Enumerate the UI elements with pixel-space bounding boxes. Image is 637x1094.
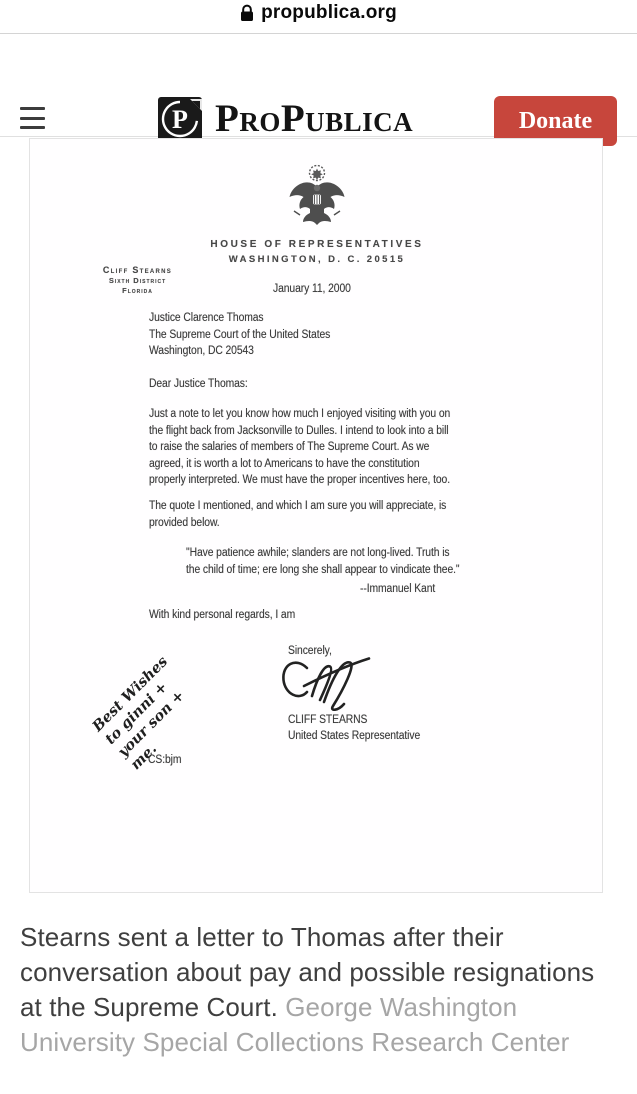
letter-image: HOUSE OF REPRESENTATIVES WASHINGTON, D. … (29, 138, 603, 893)
site-header: P ProPublica Donate (0, 34, 637, 137)
page: propublica.org P ProPublica Donate (0, 0, 637, 1094)
propublica-wordmark: ProPublica (215, 97, 413, 141)
body-paragraph-2: The quote I mentioned, and which I am su… (149, 498, 446, 531)
image-caption: Stearns sent a letter to Thomas after th… (20, 920, 621, 1060)
kant-quote: "Have patience awhile; slanders are not … (186, 545, 460, 578)
propublica-logo-mark-icon: P (158, 97, 202, 141)
url-text: propublica.org (261, 2, 397, 24)
signature-name: CLIFF STEARNS (288, 712, 367, 729)
letterhead-institution: HOUSE OF REPRESENTATIVES (30, 239, 604, 250)
body-paragraph-1: Just a note to let you know how much I e… (149, 406, 450, 489)
letter-date: January 11, 2000 (273, 281, 351, 298)
hamburger-bar (20, 117, 45, 120)
hamburger-bar (20, 126, 45, 129)
lock-icon (240, 4, 254, 22)
signature-title: United States Representative (288, 728, 420, 745)
house-of-representatives-eagle-seal-icon (288, 163, 346, 233)
hamburger-bar (20, 107, 45, 110)
salutation: Dear Justice Thomas: (149, 376, 248, 393)
letterhead-sender-name: Cliff Stearns (70, 265, 205, 275)
recipient-address: Justice Clarence Thomas The Supreme Cour… (149, 310, 330, 360)
logo-letter: P (172, 105, 188, 134)
propublica-logo[interactable]: P ProPublica (158, 96, 413, 142)
cliff-signature-icon (277, 655, 377, 711)
hamburger-menu-icon[interactable] (20, 107, 46, 129)
letterhead-sender-district: Sixth District Florida (70, 276, 205, 295)
quote-attribution: --Immanuel Kant (360, 581, 435, 598)
closing-line: With kind personal regards, I am (149, 607, 295, 624)
letterhead-city: WASHINGTON, D. C. 20515 (30, 254, 604, 265)
browser-address-bar: propublica.org (0, 0, 637, 34)
address-bar-url[interactable]: propublica.org (240, 0, 397, 24)
